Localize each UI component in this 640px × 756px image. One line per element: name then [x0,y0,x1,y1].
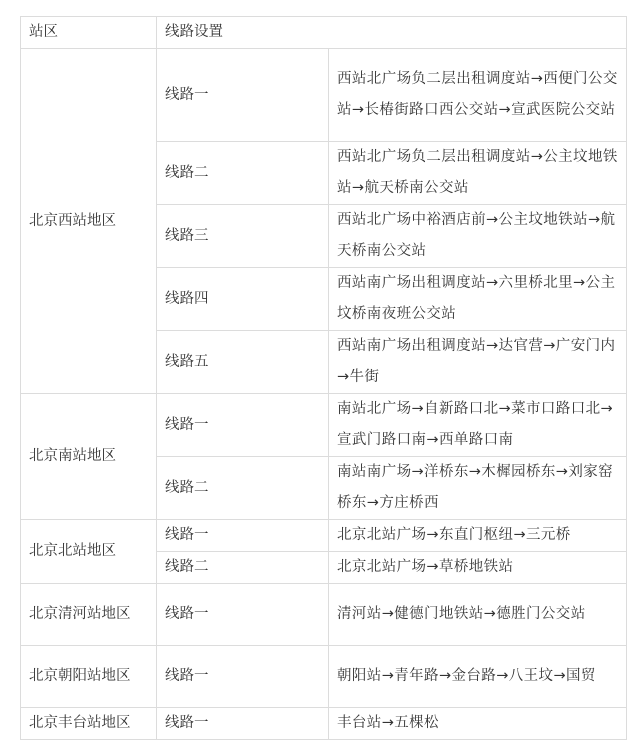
route-label: 线路二 [157,457,329,520]
table-row: 北京丰台站地区 线路一 丰台站→五棵松 [21,708,627,740]
table-row: 北京朝阳站地区 线路一 朝阳站→青年路→金台路→八王坟→国贸 [21,646,627,708]
route-path: 南站南广场→洋桥东→木樨园桥东→刘家窑桥东→方庄桥西 [329,457,627,520]
route-label: 线路一 [157,49,329,142]
route-path: 南站北广场→自新路口北→菜市口路口北→宣武门路口南→西单路口南 [329,394,627,457]
route-path: 西站北广场中裕酒店前→公主坟地铁站→航天桥南公交站 [329,205,627,268]
route-label: 线路一 [157,520,329,552]
route-path: 北京北站广场→草桥地铁站 [329,552,627,584]
header-station-area: 站区 [21,17,157,49]
route-label: 线路二 [157,142,329,205]
route-label: 线路一 [157,584,329,646]
route-path: 清河站→健德门地铁站→德胜门公交站 [329,584,627,646]
route-label: 线路一 [157,708,329,740]
area-name: 北京清河站地区 [21,584,157,646]
route-label: 线路一 [157,394,329,457]
area-name: 北京北站地区 [21,520,157,584]
table-row: 北京南站地区 线路一 南站北广场→自新路口北→菜市口路口北→宣武门路口南→西单路… [21,394,627,457]
route-path: 北京北站广场→东直门枢纽→三元桥 [329,520,627,552]
route-path: 西站北广场负二层出租调度站→西便门公交站→长椿街路口西公交站→宣武医院公交站 [329,49,627,142]
table-row: 北京北站地区 线路一 北京北站广场→东直门枢纽→三元桥 [21,520,627,552]
table-row: 北京西站地区 线路一 西站北广场负二层出租调度站→西便门公交站→长椿街路口西公交… [21,49,627,142]
route-label: 线路二 [157,552,329,584]
route-label: 线路四 [157,268,329,331]
route-path: 西站南广场出租调度站→达官营→广安门内→牛街 [329,331,627,394]
route-label: 线路五 [157,331,329,394]
area-name: 北京西站地区 [21,49,157,394]
area-name: 北京朝阳站地区 [21,646,157,708]
route-label: 线路三 [157,205,329,268]
route-path: 西站南广场出租调度站→六里桥北里→公主坟桥南夜班公交站 [329,268,627,331]
night-taxi-routes-table: 站区 线路设置 北京西站地区 线路一 西站北广场负二层出租调度站→西便门公交站→… [20,16,627,740]
route-path: 丰台站→五棵松 [329,708,627,740]
area-name: 北京南站地区 [21,394,157,520]
area-name: 北京丰台站地区 [21,708,157,740]
table-header-row: 站区 线路设置 [21,17,627,49]
header-route-setting: 线路设置 [157,17,627,49]
route-label: 线路一 [157,646,329,708]
route-path: 西站北广场负二层出租调度站→公主坟地铁站→航天桥南公交站 [329,142,627,205]
table-row: 北京清河站地区 线路一 清河站→健德门地铁站→德胜门公交站 [21,584,627,646]
route-path: 朝阳站→青年路→金台路→八王坟→国贸 [329,646,627,708]
